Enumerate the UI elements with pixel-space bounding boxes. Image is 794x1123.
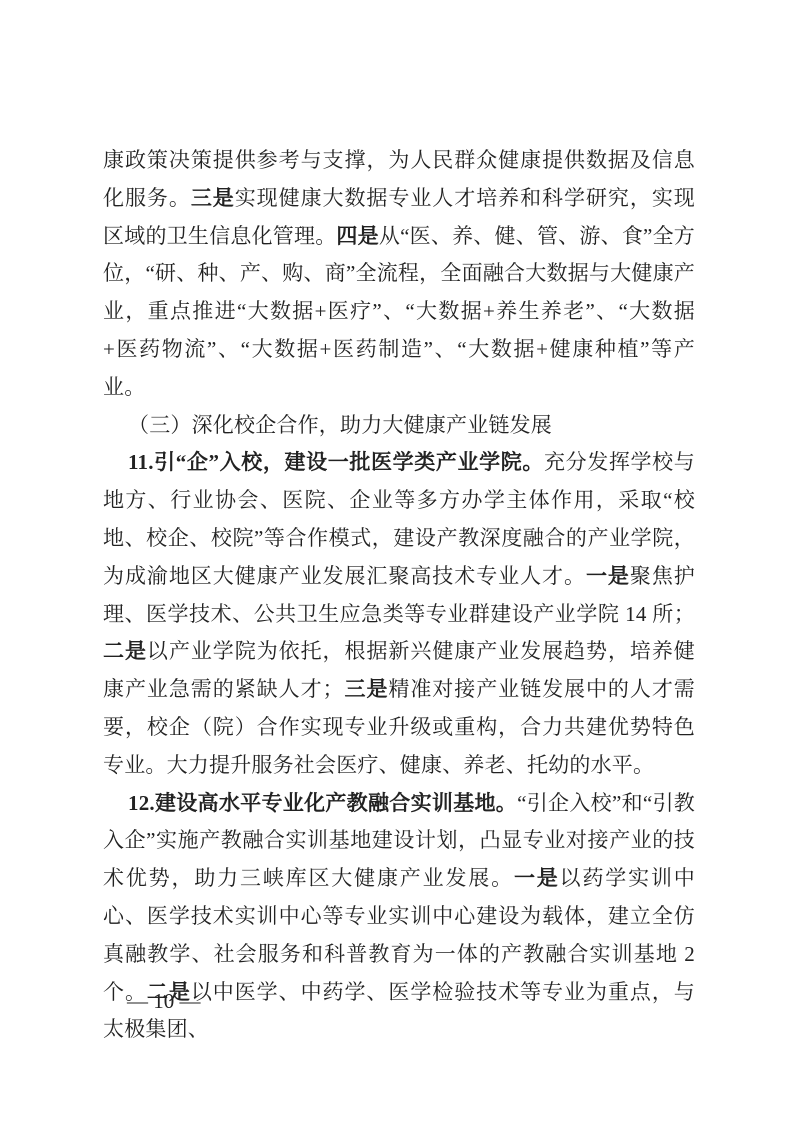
text-segment-bold: 二是 [103,639,147,663]
text-segment-bold: 四是 [336,224,378,248]
page-number-footer: — 10 — [127,989,201,1013]
text-segment-bold: 三是 [344,677,389,701]
text-segment-bold: 11.引“企”入校，建设一批医学类产业学院。 [128,450,544,474]
text-segment-bold: 12.建设高水平专业化产教融合实训基地。 [128,791,517,815]
document-page: 康政策决策提供参考与支撑，为人民群众健康提供数据及信息化服务。三是实现健康大数据… [0,0,794,1123]
text-segment-bold: 一是 [586,564,630,588]
document-body: 康政策决策提供参考与支撑，为人民群众健康提供数据及信息化服务。三是实现健康大数据… [103,142,695,1049]
paragraph-continuation: 康政策决策提供参考与支撑，为人民群众健康提供数据及信息化服务。三是实现健康大数据… [103,142,695,407]
heading-section-three: （三）深化校企合作，助力大健康产业链发展 [103,407,695,445]
text-segment-bold: 三是 [191,186,235,210]
text-segment: （三）深化校企合作，助力大健康产业链发展 [128,413,552,437]
text-segment-bold: 一是 [514,866,560,890]
text-segment: 从“医、养、健、管、游、食”全方位，“研、种、产、购、商”全流程，全面融合大数据… [103,224,695,399]
paragraph-item-11: 11.引“企”入校，建设一批医学类产业学院。充分发挥学校与地方、行业协会、医院、… [103,444,695,784]
